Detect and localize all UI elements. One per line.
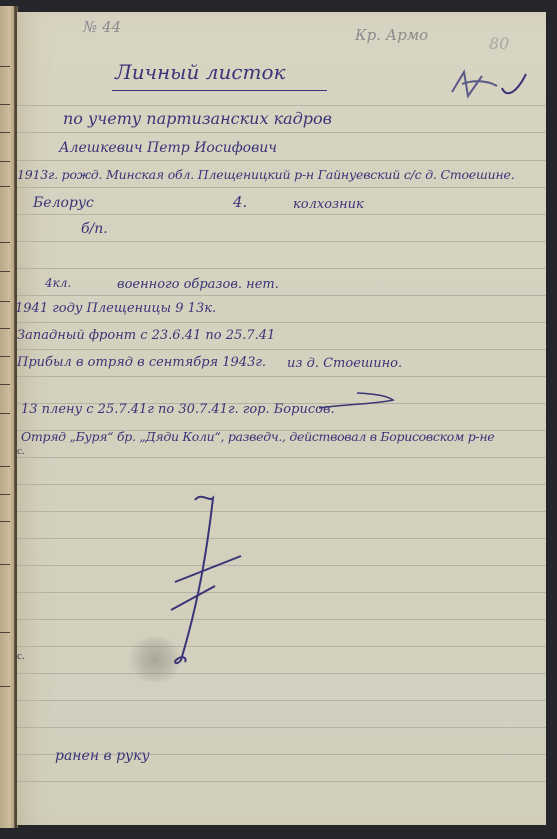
joined-detachment: Прибыл в отряд в сентября 1943г. xyxy=(17,355,266,370)
form-subtitle: по учету партизанских кадров xyxy=(63,109,332,128)
wounded-note: ранен в руку xyxy=(55,748,150,764)
form-title: Личный листок xyxy=(115,60,285,84)
education-level: 4. xyxy=(233,193,247,211)
cross-out-mark-icon xyxy=(167,490,267,670)
ink-stroke-icon xyxy=(317,390,397,412)
captivity: 13 плену с 25.7.41г по 30.7.41г. гор. Бо… xyxy=(21,402,335,417)
conscription: 1941 году Плещеницы 9 13к. xyxy=(17,301,216,316)
joined-from: из д. Стоешино. xyxy=(287,356,402,371)
front-service: Западный фронт с 23.6.41 по 25.7.41 xyxy=(17,328,275,343)
title-underline xyxy=(112,90,327,91)
military-education: военного образов. нет. xyxy=(117,277,279,292)
nationality: Белорус xyxy=(33,195,94,211)
pencil-note: Кр. Армо xyxy=(355,26,428,44)
birth-info: 1913г. рожд. Минская обл. Плещеницкий р-… xyxy=(17,167,515,182)
party-status: б/п. xyxy=(81,221,108,237)
margin-mark: с. xyxy=(17,650,25,662)
full-name: Алешкевич Петр Иосифович xyxy=(59,140,277,156)
unit-assignment: Отряд „Буря“ бр. „Дяди Коли“, разведч., … xyxy=(21,429,494,444)
education: 4кл. xyxy=(45,276,71,290)
page-number: 80 xyxy=(489,34,509,53)
record-sheet: № 44 Кр. Армо 80 Личный листок по учету … xyxy=(17,12,546,825)
paper-stain xyxy=(125,637,185,682)
social-origin: колхозник xyxy=(293,197,364,212)
margin-mark: с. xyxy=(17,445,25,457)
document-number: № 44 xyxy=(83,18,121,36)
signature-check-icon xyxy=(442,62,532,107)
